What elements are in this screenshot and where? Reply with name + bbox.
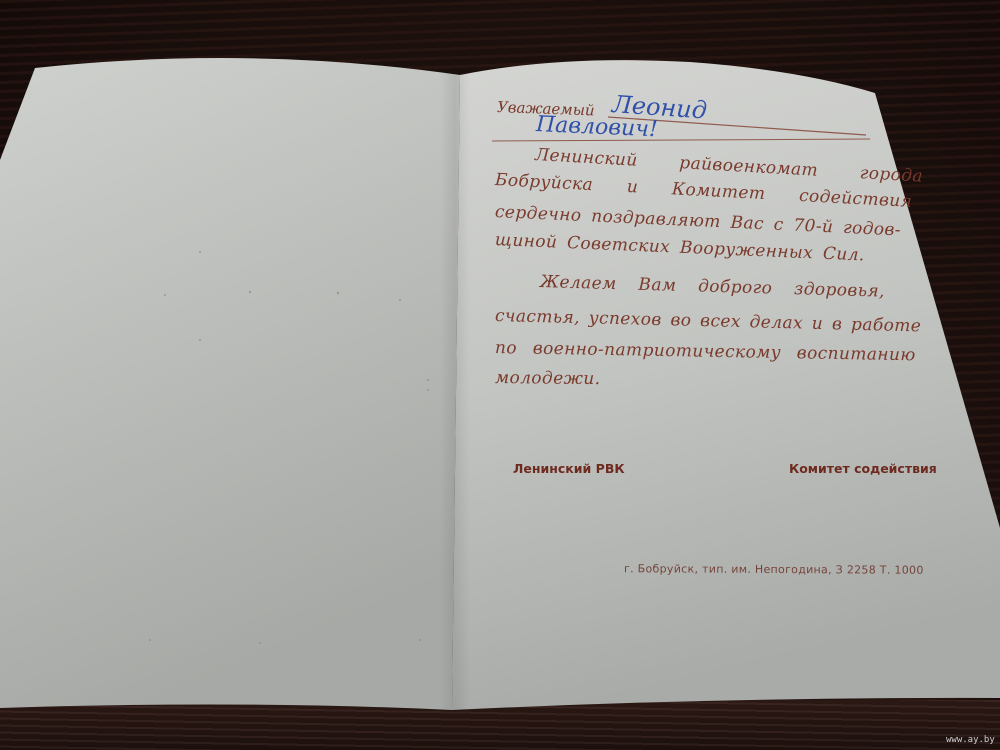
left-page [0,58,460,710]
body-line: молодежи. [495,368,601,389]
handwritten-patronymic: Павлович! [535,112,658,142]
watermark: www.ay.by [946,735,995,745]
signature-left: Ленинский РВК [513,461,625,476]
printer-imprint: г. Бобруйск, тип. им. Непогодина, З 2258… [624,562,924,577]
signature-right: Комитет содействия [789,461,937,476]
